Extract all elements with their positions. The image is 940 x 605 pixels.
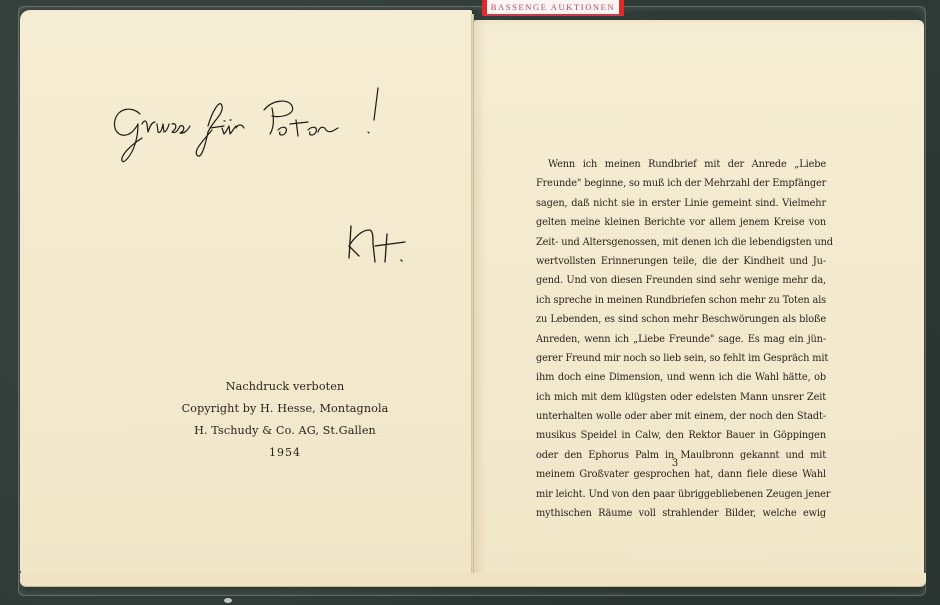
light-glare [224,598,232,603]
photo-scene: BASSENGE AUKTIONEN Gruss für Peter! [0,0,940,605]
initials-script-icon [345,222,425,268]
text-line: ich mich mit dem klügsten oder edelsten … [536,388,826,407]
text-line: Wenn ich meinen Rundbrief mit der Anrede… [536,155,826,174]
handwritten-inscription: Gruss für Peter! [112,80,412,170]
imprint-line-copyright: Copyright by H. Hesse, Montagnola [150,398,420,420]
text-line: Freunde" beginne, so muß ich der Mehrzah… [536,174,826,193]
handwritten-initials: H.H. [345,222,425,268]
text-line: gend. Und von diesen Freunden sind sehr … [536,271,826,290]
imprint-line-reprint: Nachdruck verboten [150,376,420,398]
auction-tag-label: BASSENGE AUKTIONEN [491,2,615,12]
text-line: gerer Freund mir noch so lieb sein, so f… [536,349,826,368]
text-line: musikus Speidel in Calw, den Rektor Baue… [536,426,826,445]
text-line: ich spreche in meinen Rundbriefen schon … [536,291,826,310]
imprint-line-publisher: H. Tschudy & Co. AG, St.Gallen [150,420,420,442]
copyright-imprint: Nachdruck verboten Copyright by H. Hesse… [150,376,420,464]
imprint-year: 1954 [150,442,420,464]
auction-tag: BASSENGE AUKTIONEN [482,0,624,16]
text-line: ihm doch eine Dimension, und wenn ich di… [536,368,826,387]
text-line: mir leicht. Und von den paar übriggeblie… [536,485,826,504]
text-line: Anreden, wenn ich „Liebe Freunde" sage. … [536,330,826,349]
text-line: wertvollsten Erinnerungen teile, die der… [536,252,826,271]
text-line: oder den Ephorus Palm in Maulbronn gekan… [536,446,826,465]
text-line: gelten meine kleinen Berichte vor allem … [536,213,826,232]
text-line: unterhalten wolle oder aber mit einem, d… [536,407,826,426]
text-line: meinem Großvater gesprochen hat, dann fi… [536,465,826,484]
text-line: Zeit- und Altersgenossen, mit denen ich … [536,233,826,252]
text-line: sagen, daß nicht sie in erster Linie gem… [536,194,826,213]
text-line: zu Lebenden, es sind schon mehr Beschwör… [536,310,826,329]
letter-body-text: Wenn ich meinen Rundbrief mit der Anrede… [536,155,826,523]
inscription-script-icon [112,80,412,170]
text-line: mythischen Räume voll strahlender Bilder… [536,504,826,523]
page-number: 3 [670,458,680,469]
